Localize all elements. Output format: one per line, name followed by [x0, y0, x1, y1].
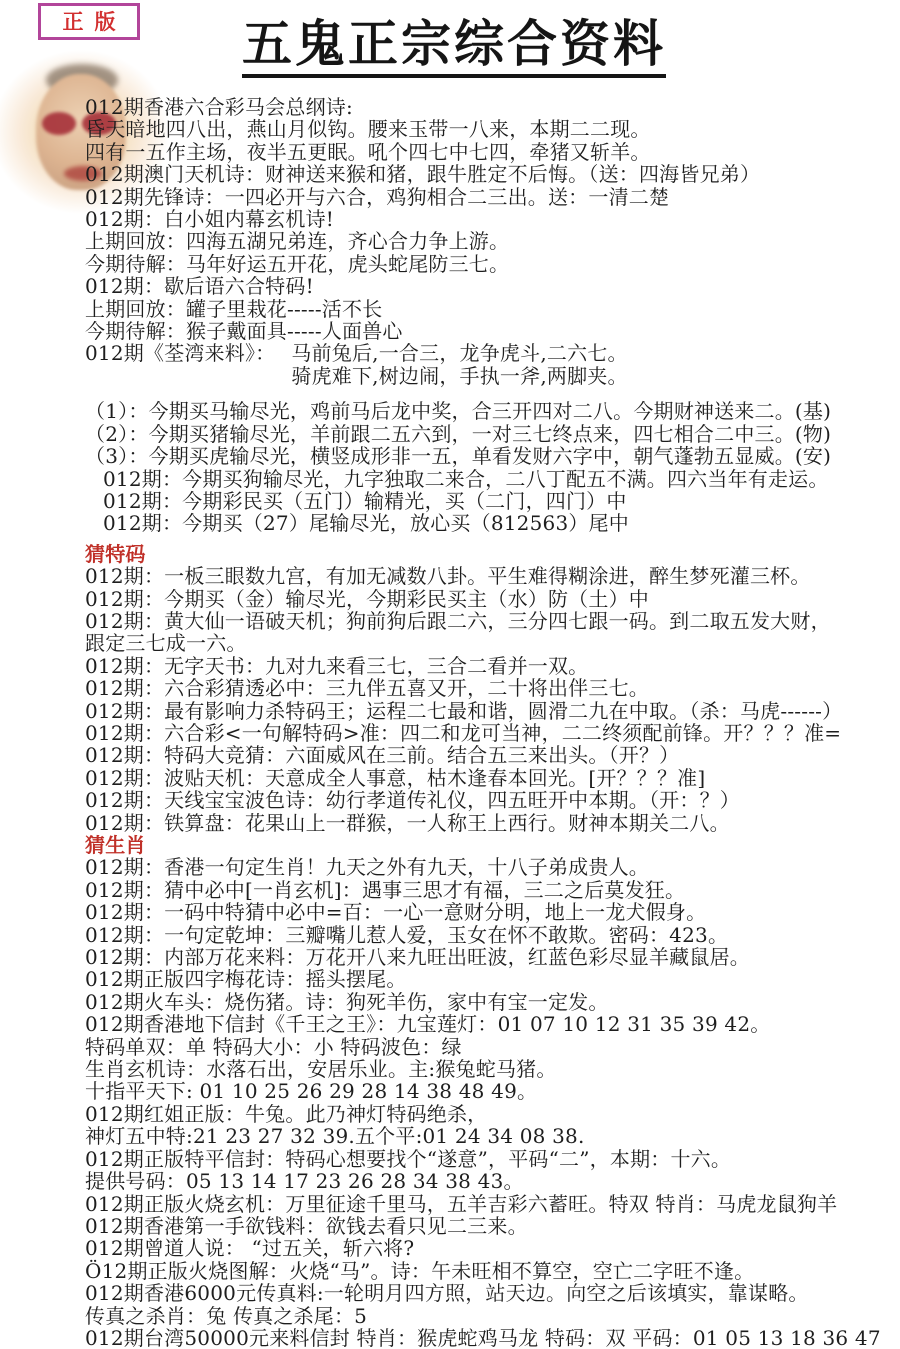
text-line: 骑虎难下,树边闹，手执一斧,两脚夹。: [291, 365, 627, 387]
text-line: 012期：歇后语六合特码!: [85, 275, 894, 297]
authentic-badge: 正版: [38, 3, 140, 40]
content-lines: 012期香港六合彩马会总纲诗:昏天暗地四八出，燕山月似钩。腰来玉带一八来，本期二…: [85, 96, 894, 1349]
text-line: 马前兔后,一合三，龙争虎斗,二六七。: [291, 342, 627, 364]
text-line: 四有一五作主场，夜半五更眠。吼个四七中七四，牵猪又斩羊。: [85, 141, 894, 163]
text-line: 012期：铁算盘：花果山上一群猴，一人称王上西行。财神本期关二八。: [85, 812, 894, 834]
text-line: 上期回放：罐子里栽花-----活不长: [85, 298, 894, 320]
text-line-label: 012期《荃湾来料》：: [85, 342, 275, 364]
title-wrap: 五鬼正宗综合资料: [242, 16, 666, 78]
text-line: 012期：今期买（27）尾输尽光，放心买（812563）尾中: [103, 512, 894, 534]
text-line: 012期：一板三眼数九宫，有加无减数八卦。平生难得糊涂进，醉生梦死灌三杯。: [85, 565, 894, 587]
text-line: 传真之杀肖：兔 传真之杀尾：5: [85, 1305, 894, 1327]
text-line: 神灯五中特:21 23 27 32 39.五个平:01 24 34 08 38.: [85, 1125, 894, 1147]
text-line: 012期：波贴天机：天意成全人事意，枯木逢春本回光。[开？？？准]: [85, 767, 894, 789]
text-line: 012期：今期彩民买（五门）输精光，买（二门，四门）中: [103, 490, 894, 512]
text-line: 012期：今期买狗输尽光，九字独取二来合，二八丁配五不满。四六当年有走运。: [103, 468, 894, 490]
text-line: 012期：猜中必中[一肖玄机]：遇事三思才有福，三二之后莫发狂。: [85, 879, 894, 901]
text-line-column: 马前兔后,一合三，龙争虎斗,二六七。骑虎难下,树边闹，手执一斧,两脚夹。: [291, 342, 627, 387]
text-line: 012期香港地下信封《千王之王》：九宝莲灯：01 07 10 12 31 35 …: [85, 1013, 894, 1035]
text-line: 012期先锋诗：一四必开与六合，鸡狗相合二三出。送：一清二楚: [85, 186, 894, 208]
sunglasses-left-lens-icon: [42, 112, 76, 135]
text-line: （1）：今期买马输尽光，鸡前马后龙中奖，合三开四对二八。今期财神送来二。(基): [85, 400, 894, 422]
text-line: 012期香港第一手欲钱料：欲钱去看只见二三来。: [85, 1215, 894, 1237]
text-line: 提供号码：05 13 14 17 23 26 28 34 38 43。: [85, 1170, 894, 1192]
text-line: 012期曾道人说： “过五关，斩六将?: [85, 1237, 894, 1259]
text-line: 012期：黄大仙一语破天机；狗前狗后跟二六，三分四七跟一码。到二取五发大财，: [85, 610, 894, 632]
authentic-badge-label: 正版: [52, 11, 127, 32]
text-line: 012期正版特平信封：特码心想要找个“遂意”，平码“二”，本期：十六。: [85, 1148, 894, 1170]
lottery-tip-sheet-page: { "badge": { "label": "正版" }, "title": "…: [0, 0, 900, 1349]
section-header-guess-special-number: 猜特码: [85, 543, 894, 565]
text-line: （2）：今期买猪输尽光，羊前跟二五六到，一对三七终点来，四七相合二中三。(物): [85, 423, 894, 445]
page-title: 五鬼正宗综合资料: [242, 16, 666, 78]
text-line: 012期红姐正版：牛兔。此乃神灯特码绝杀，: [85, 1103, 894, 1125]
text-line: 012期香港6000元传真料:一轮明月四方照，站天边。向空之后该填实，靠谋略。: [85, 1282, 894, 1304]
text-line: 012期：香港一句定生肖！九天之外有九天，十八子弟成贵人。: [85, 856, 894, 878]
text-line: 012期正版火烧玄机：万里征途千里马，五羊吉彩六蓄旺。特双 特肖：马虎龙鼠狗羊: [85, 1193, 894, 1215]
text-line: 012期：今期买（金）输尽光，今期彩民买主（水）防（土）中: [85, 588, 894, 610]
text-line: 012期：一码中特猜中必中=百：一心一意财分明，地上一龙犬假身。: [85, 901, 894, 923]
text-line: 012期：天线宝宝波色诗：幼行孝道传礼仪，四五旺开中本期。（开：？）: [85, 789, 894, 811]
text-line: 012期正版四字梅花诗：摇头摆尾。: [85, 968, 894, 990]
text-line: 生肖玄机诗：水落石出，安居乐业。主:猴兔蛇马猪。: [85, 1058, 894, 1080]
page-header: 正版 五鬼正宗综合资料: [0, 0, 900, 94]
text-line: 012期澳门天机诗：财神送来猴和猪，跟牛胜定不后悔。（送：四海皆兄弟）: [85, 163, 894, 185]
text-line: Ö12期正版火烧图解：火烧“马”。诗：午未旺相不算空，空亡二字旺不逢。: [85, 1260, 894, 1282]
text-line: 昏天暗地四八出，燕山月似钩。腰来玉带一八来，本期二二现。: [85, 118, 894, 140]
section-header-guess-zodiac: 猜生肖: [85, 834, 894, 856]
text-line: 012期《荃湾来料》：马前兔后,一合三，龙争虎斗,二六七。骑虎难下,树边闹，手执…: [85, 342, 894, 387]
text-line: 跟定三七成一六。: [85, 632, 894, 654]
text-line: 012期：六合彩猜透必中：三九伴五喜又开，二十将出伴三七。: [85, 677, 894, 699]
text-line: 012期火车头：烧伤猪。诗：狗死羊伤，家中有宝一定发。: [85, 991, 894, 1013]
text-line: 今期待解：马年好运五开花，虎头蛇尾防三七。: [85, 253, 894, 275]
text-line: 012期：白小姐内幕玄机诗!: [85, 208, 894, 230]
text-line: 012期香港六合彩马会总纲诗:: [85, 96, 894, 118]
text-line: 012期台湾50000元来料信封 特肖：猴虎蛇鸡马龙 特码：双 平码：01 05…: [85, 1327, 894, 1349]
text-line: 012期：无字天书：九对九来看三七，三合二看并一双。: [85, 655, 894, 677]
text-line: 今期待解：猴子戴面具-----人面兽心: [85, 320, 894, 342]
text-line: 012期：六合彩<一句解特码>准：四二和龙可当神，二二终须配前锋。开？？？准=: [85, 722, 894, 744]
text-line: 特码单双：单 特码大小：小 特码波色：绿: [85, 1036, 894, 1058]
text-line: 上期回放：四海五湖兄弟连，齐心合力争上游。: [85, 230, 894, 252]
text-line: 012期：特码大竞猜：六面威风在三前。结合五三来出头。（开？）: [85, 744, 894, 766]
text-line: 012期：内部万花来料：万花开八来九旺出旺波，红蓝色彩尽显羊藏鼠居。: [85, 946, 894, 968]
text-line: 012期：最有影响力杀特码王；运程二七最和谐，圆滑二九在中取。（杀：马虎----…: [85, 700, 894, 722]
text-line: 十指平天下: 01 10 25 26 29 28 14 38 48 49。: [85, 1080, 894, 1102]
text-line: 012期：一句定乾坤：三瓣嘴儿惹人爱，玉女在怀不敢欺。密码：423。: [85, 924, 894, 946]
text-line: （3）：今期买虎输尽光，横竖成形非一五，单看发财六字中，朝气蓬勃五显威。(安): [85, 445, 894, 467]
